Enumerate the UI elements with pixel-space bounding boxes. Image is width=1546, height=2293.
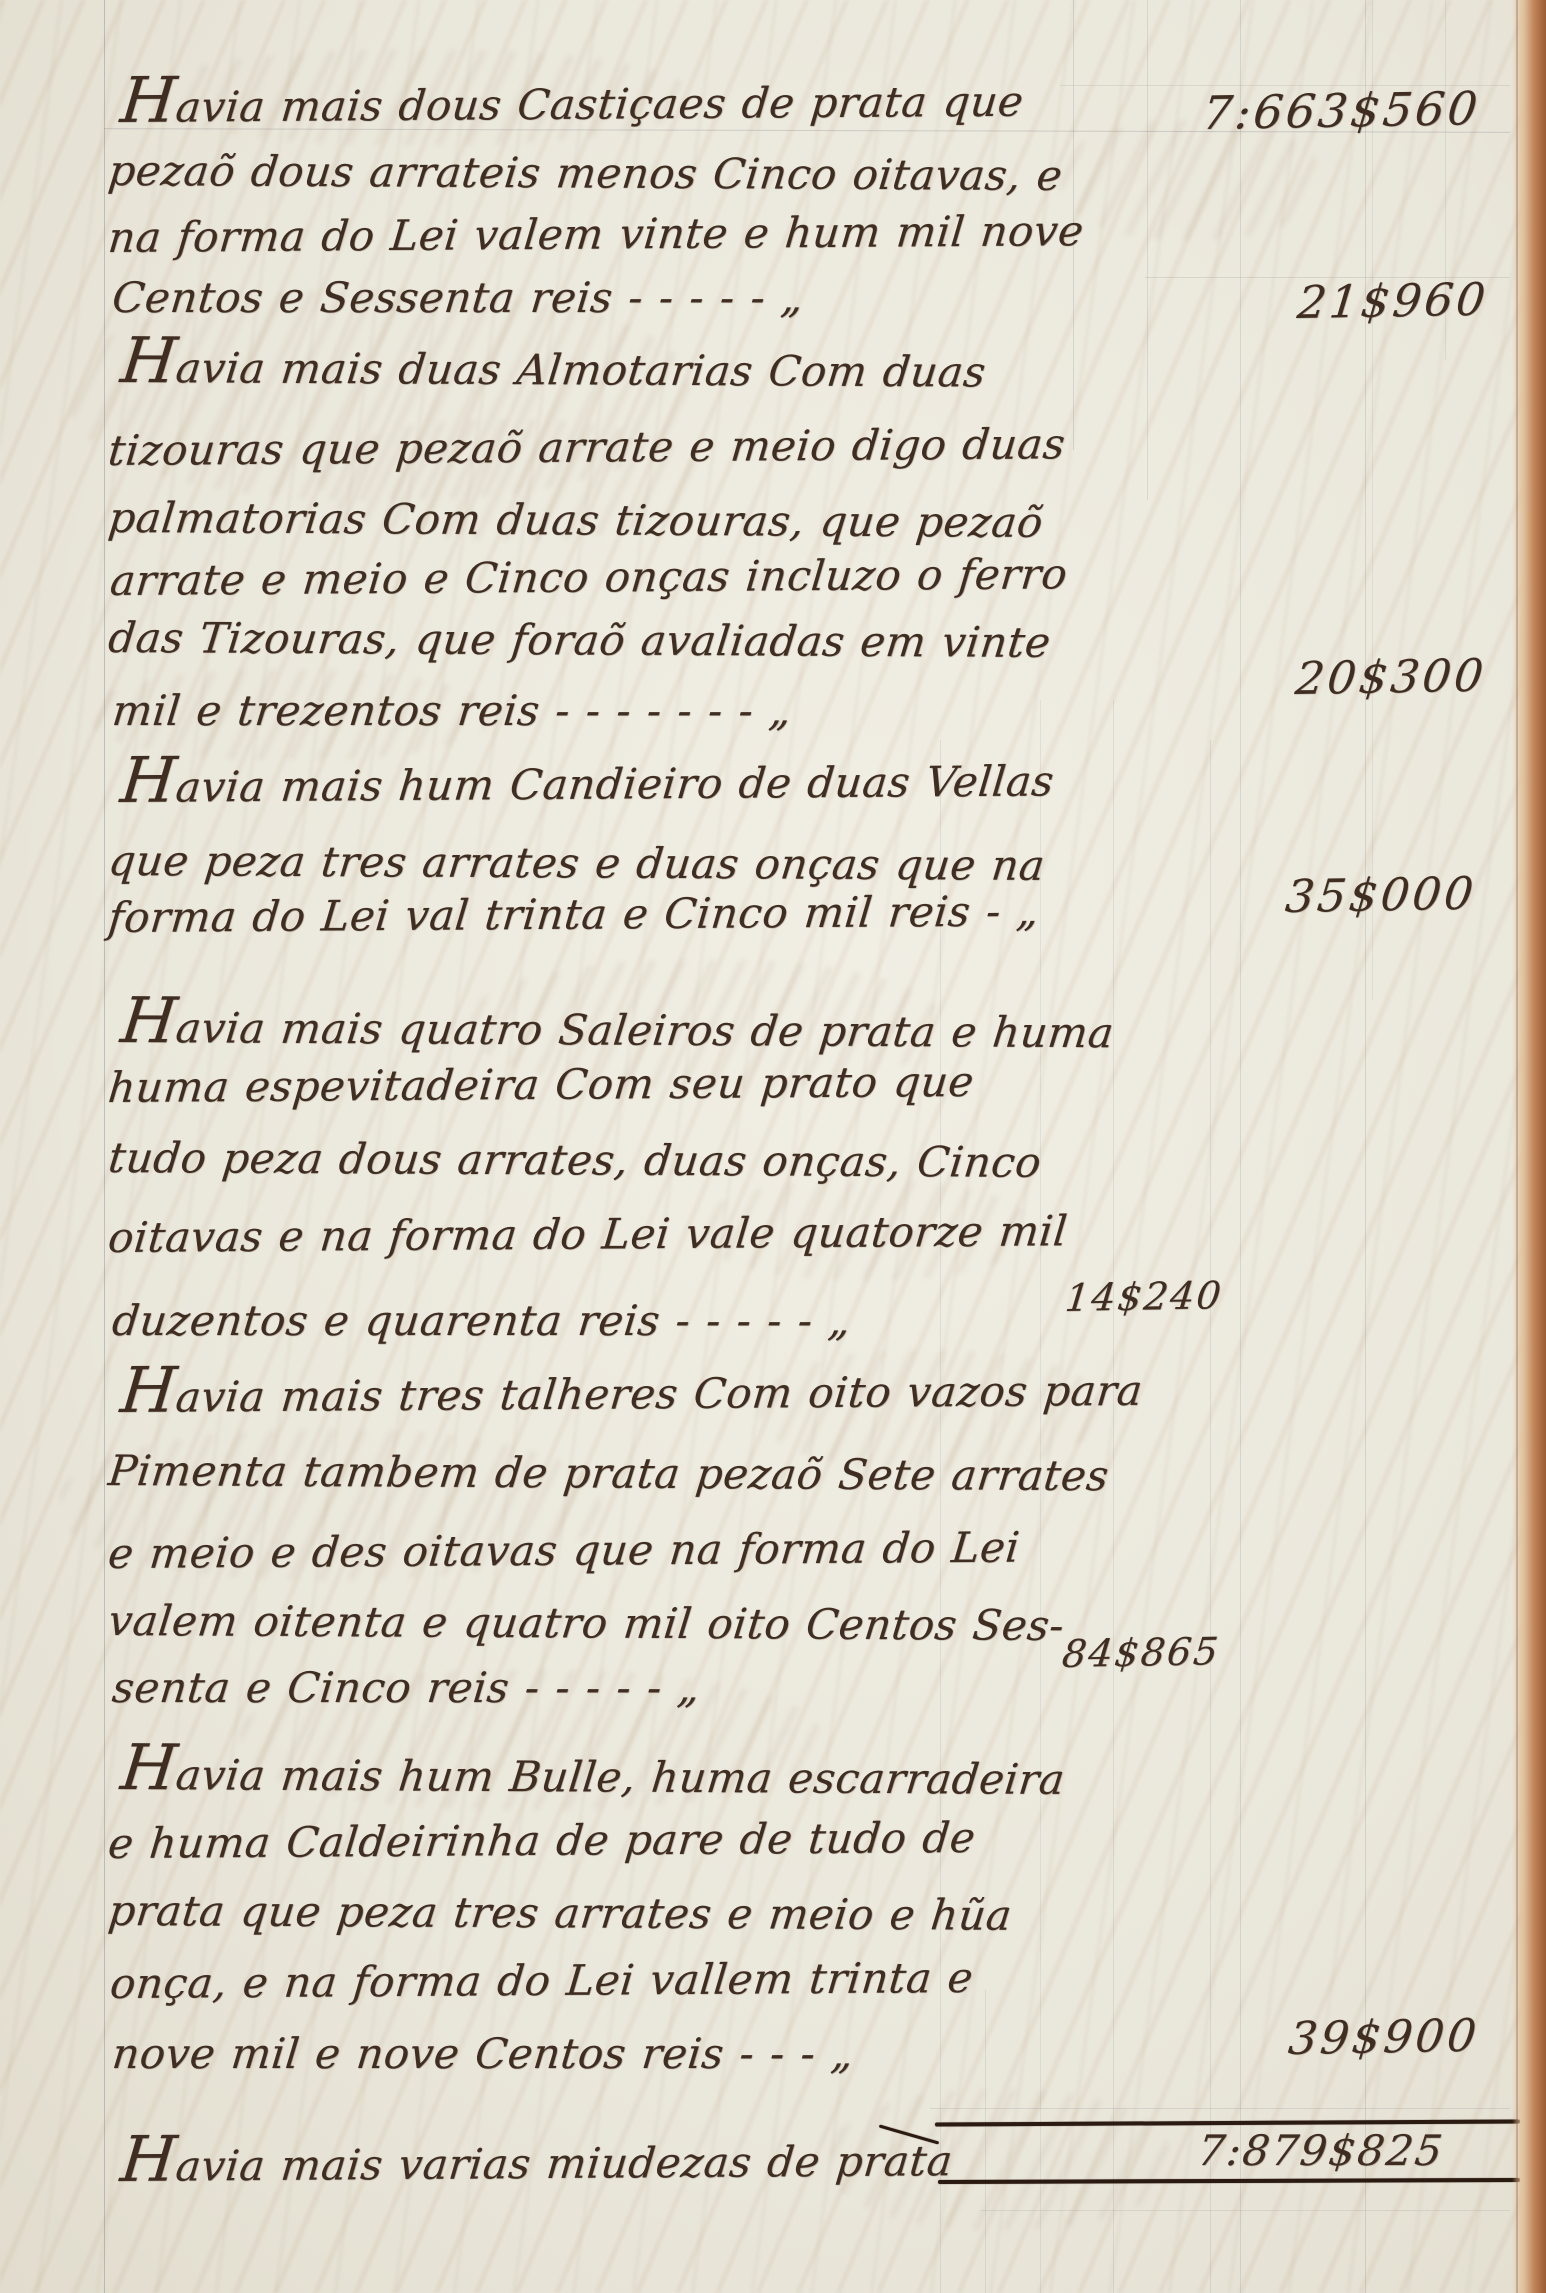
entry-5-line-1: Havia mais tres talheres Com oito vazos … <box>118 1359 1146 1422</box>
entry-4-line-5: duzentos e quarenta reis - - - - - „ <box>110 1296 853 1345</box>
entry-5-line-5: senta e Cinco reis - - - - - „ <box>110 1663 703 1712</box>
ledger-rule-horizontal <box>930 2108 1510 2109</box>
ledger-rule-vertical <box>985 1990 986 2293</box>
entry-4-line-4: oitavas e na forma do Lei vale quatorze … <box>106 1206 1070 1262</box>
entry-3-line-2: que peza tres arrates e duas onças que n… <box>106 836 1047 890</box>
entry-5-line-3: e meio e des oitavas que na forma do Lei <box>106 1523 1022 1578</box>
entry-5-line-2: Pimenta tambem de prata pezaõ Sete arrat… <box>106 1446 1111 1500</box>
page-total-amount: 7:879$825 <box>1195 2126 1447 2175</box>
binding-edge-line <box>1516 0 1518 2293</box>
ledger-rule-vertical <box>1147 0 1148 500</box>
entry-6-line-2: e huma Caldeirinha de pare de tudo de <box>106 1813 978 1868</box>
entry-6-amount: 39$900 <box>1286 2009 1482 2065</box>
entry-2-line-4: arrate e meio e Cinco onças incluzo o fe… <box>108 549 1070 605</box>
entry-1-line-1: Havia mais dous Castiçaes de prata que <box>118 70 1027 132</box>
entry-2-line-1: Havia mais duas Almotarias Com duas <box>118 336 989 397</box>
entry-5-amount: 84$865 <box>1060 1629 1222 1676</box>
ledger-rule-vertical <box>1372 0 1373 1000</box>
entry-5-line-4: valem oitenta e quatro mil oito Centos S… <box>106 1596 1067 1650</box>
carried-forward-amount: 7:663$560 <box>1200 81 1483 140</box>
entry-1-line-4: Centos e Sessenta reis - - - - - „ <box>110 273 806 322</box>
entry-1-line-3: na forma do Lei valem vinte e hum mil no… <box>106 206 1086 262</box>
entry-3-line-1: Havia mais hum Candieiro de duas Vellas <box>118 749 1057 812</box>
ledger-rule-horizontal <box>980 2210 1510 2211</box>
entry-2-line-2: tizouras que pezaõ arrate e meio digo du… <box>106 419 1068 475</box>
entry-2-line-3: palmatorias Com duas tizouras, que pezaõ <box>106 493 1046 547</box>
ledger-rule-vertical <box>1240 0 1241 2293</box>
entry-1-line-2: pezaõ dous arrateis menos Cinco oitavas,… <box>106 146 1065 200</box>
entry-2-line-5: das Tizouras, que foraõ avaliadas em vin… <box>106 613 1053 667</box>
entry-6-line-1: Havia mais hum Bulle, huma escarradeira <box>118 1743 1068 1804</box>
margin-rule-vertical <box>104 0 105 2293</box>
ledger-rule-vertical <box>940 740 941 2293</box>
entry-2-amount: 20$300 <box>1293 649 1489 705</box>
entry-4-line-2: huma espevitadeira Com seu prato que <box>106 1057 976 1112</box>
entry-6-line-5: nove mil e nove Centos reis - - - „ <box>110 2029 856 2078</box>
entry-6-line-3: prata que peza tres arrates e meio e hũa <box>106 1886 1014 1940</box>
entry-4-line-1: Havia mais quatro Saleiros de prata e hu… <box>118 996 1117 1057</box>
entry-4-line-3: tudo peza dous arrates, duas onças, Cinc… <box>106 1133 1044 1187</box>
entry-4-amount: 14$240 <box>1063 1273 1225 1320</box>
entry-6-line-4: onça, e na forma do Lei vallem trinta e <box>108 1953 976 2008</box>
entry-1-amount: 21$960 <box>1295 273 1491 329</box>
ledger-rule-vertical <box>1365 0 1366 2293</box>
entry-7-line-1: Havia mais varias miudezas de prata <box>118 2129 956 2191</box>
entry-3-amount: 35$000 <box>1283 867 1479 923</box>
entry-3-line-3: forma do Lei val trinta e Cinco mil reis… <box>106 887 1041 942</box>
manuscript-page: 7:663$560 Havia mais dous Castiçaes de p… <box>0 0 1546 2293</box>
entry-2-line-6: mil e trezentos reis - - - - - - - „ <box>110 686 794 735</box>
ledger-rule-vertical <box>1210 740 1211 2293</box>
ledger-rule-vertical <box>1113 700 1114 2293</box>
